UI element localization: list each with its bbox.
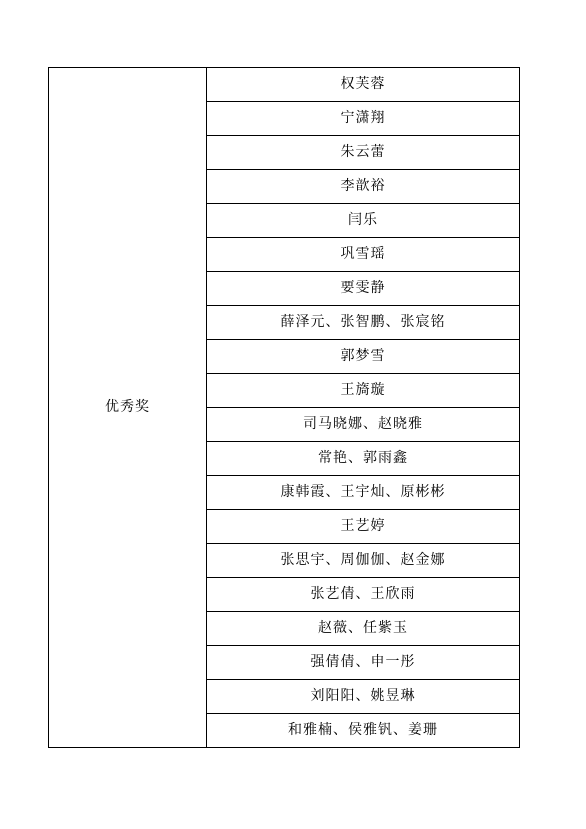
winner-name-cell: 朱云蕾 (207, 136, 520, 170)
winner-name-cell: 权芙蓉 (207, 68, 520, 102)
winner-name-cell: 刘阳阳、姚昱琳 (207, 680, 520, 714)
winner-name-cell: 赵薇、任紫玉 (207, 612, 520, 646)
winner-name-cell: 要雯静 (207, 272, 520, 306)
winner-name-cell: 康韩霞、王宇灿、原彬彬 (207, 476, 520, 510)
winner-name-cell: 王旖璇 (207, 374, 520, 408)
winner-name-cell: 闫乐 (207, 204, 520, 238)
table-row: 优秀奖 权芙蓉 (49, 68, 520, 102)
winner-name-cell: 张思宇、周伽伽、赵金娜 (207, 544, 520, 578)
winner-name-cell: 巩雪瑶 (207, 238, 520, 272)
winner-name-cell: 司马晓娜、赵晓雅 (207, 408, 520, 442)
winner-name-cell: 郭梦雪 (207, 340, 520, 374)
winner-name-cell: 和雅楠、侯雅钒、姜珊 (207, 714, 520, 748)
winner-name-cell: 王艺婷 (207, 510, 520, 544)
winner-name-cell: 宁潇翔 (207, 102, 520, 136)
winner-name-cell: 张艺倩、王欣雨 (207, 578, 520, 612)
document-page: 优秀奖 权芙蓉 宁潇翔 朱云蕾 李歆裕 闫乐 巩雪瑶 要雯静 薛泽元、张智鹏、张… (0, 0, 586, 829)
winner-name-cell: 强倩倩、申一彤 (207, 646, 520, 680)
award-category-cell: 优秀奖 (49, 68, 207, 748)
winner-name-cell: 常艳、郭雨鑫 (207, 442, 520, 476)
winner-name-cell: 李歆裕 (207, 170, 520, 204)
award-table: 优秀奖 权芙蓉 宁潇翔 朱云蕾 李歆裕 闫乐 巩雪瑶 要雯静 薛泽元、张智鹏、张… (48, 67, 520, 748)
winner-name-cell: 薛泽元、张智鹏、张宸铭 (207, 306, 520, 340)
